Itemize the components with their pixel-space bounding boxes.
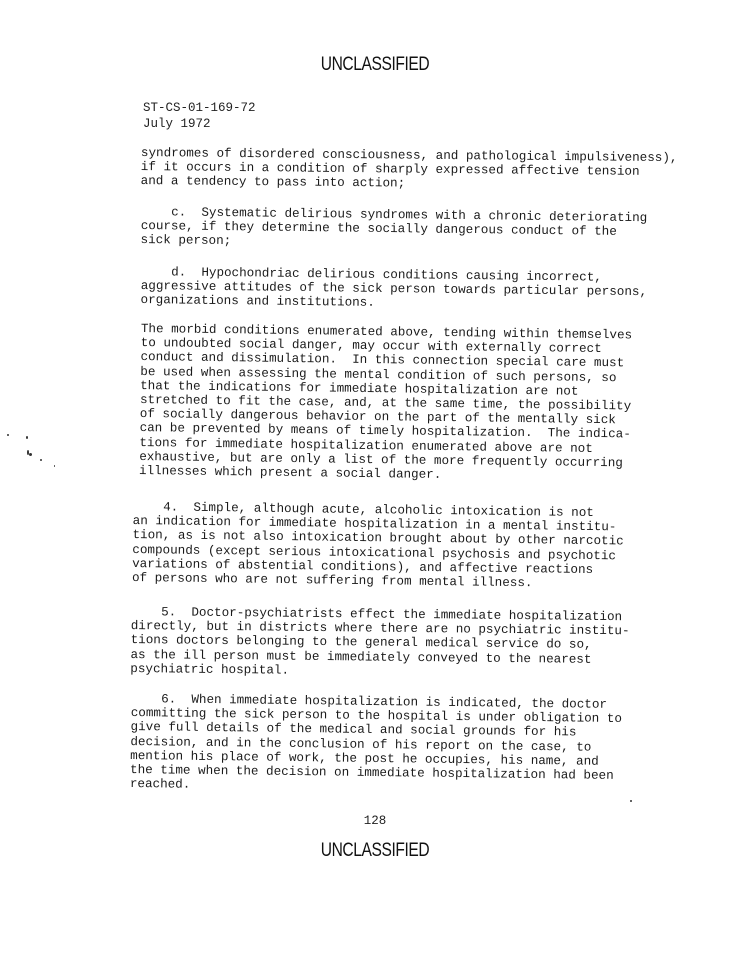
classification-header: UNCLASSIFIED — [68, 54, 683, 76]
classification-footer: UNCLASSIFIED — [68, 840, 683, 862]
paragraph-morbid-conditions: The morbid conditions enumerated above, … — [139, 322, 661, 485]
scan-speck — [54, 465, 55, 467]
scan-speck — [29, 453, 32, 456]
scan-speck — [40, 459, 42, 461]
document-date: July 1972 — [143, 116, 256, 132]
scan-speck — [7, 434, 9, 436]
paragraph-item-c: c. Systematic delirious syndromes with a… — [140, 205, 660, 254]
paragraph-point-5: 5. Doctor-psychiatrists effect the immed… — [130, 605, 651, 681]
paragraph-item-d: d. Hypochondriac delirious conditions ca… — [140, 265, 660, 314]
paragraph-point-4: 4. Simple, although acute, alcoholic int… — [132, 500, 653, 592]
paragraph-point-6: 6. When immediate hospitalization is ind… — [130, 692, 651, 798]
paragraph-continuation: syndromes of disordered consciousness, a… — [141, 146, 661, 194]
document-id: ST-CS-01-169-72 — [143, 100, 256, 116]
scan-speck — [26, 436, 28, 439]
document-meta: ST-CS-01-169-72 July 1972 — [143, 100, 256, 132]
document-page: UNCLASSIFIED ST-CS-01-169-72 July 1972 s… — [0, 0, 750, 972]
scan-speck — [630, 800, 632, 802]
page-number: 128 — [0, 814, 750, 828]
